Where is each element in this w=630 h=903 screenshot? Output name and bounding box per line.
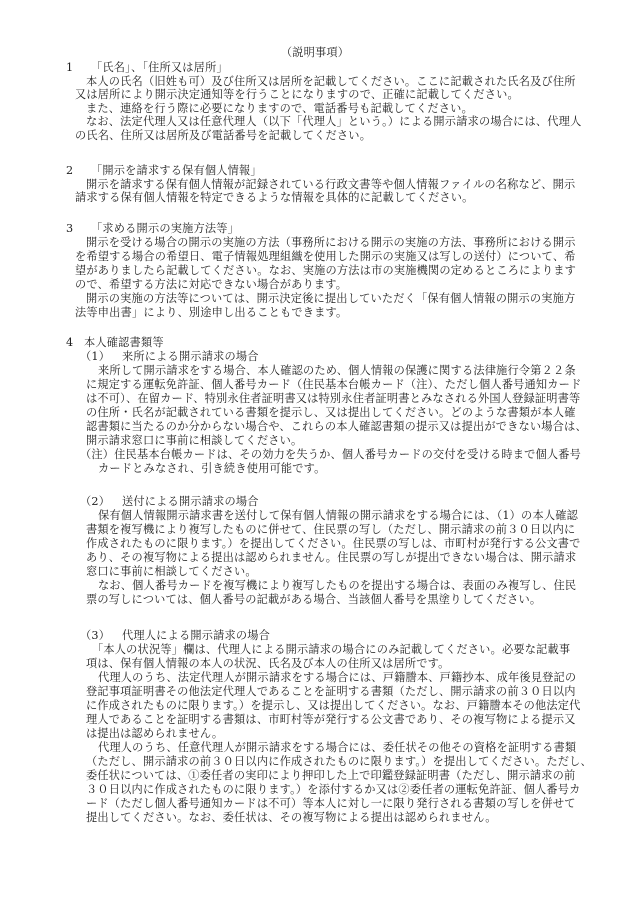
subsection-heading: 代理人による開示請求の場合 (122, 629, 270, 642)
paragraph-line: 理人であることを証明する書類は、市町村等が発行する公文書であり、その複写物による… (86, 713, 576, 726)
paragraph-line: 登記事項証明書その他法定代理人であることを証明する書類（ただし、開示請求の前３０… (86, 685, 576, 698)
section-number: 2 (66, 164, 73, 177)
paragraph-line: 代理人のうち、法定代理人が開示請求をする場合には、戸籍謄本、戸籍抄本、成年後見登… (98, 671, 576, 684)
paragraph-line: は提出は認められません。 (86, 727, 223, 740)
subsection-number: （3） (80, 629, 110, 642)
note-line: （注）住民基本台帳カードは、その効力を失うか、個人番号カードの交付を受ける時まで… (80, 448, 581, 461)
paragraph-line: 開示を請求する保有個人情報が記録されている行政文書等や個人情報ファイルの名称など… (86, 178, 575, 191)
section-heading: 「求める開示の実施方法等」 (91, 222, 239, 235)
paragraph-line: 認書類に当たるのか分からない場合や、これらの本人確認書類の提示又は提出ができない… (86, 420, 587, 433)
paragraph-line: なお、個人番号カードを複写機により複写したものを提出する場合は、表面のみ複写し、… (98, 579, 576, 592)
paragraph-line: 作成されたものに限ります。）を提出してください。住民票の写しは、市町村が発行する… (86, 537, 581, 550)
paragraph-line: 書類を複写機により複写したものに併せて、住民票の写し（ただし、開示請求の前３０日… (86, 523, 575, 536)
note-line: カードとみなされ、引き続き使用可能です。 (98, 462, 326, 475)
paragraph-line: 又は居所により開示決定通知等を行うことになりますので、正確に記載してください。 (75, 88, 519, 101)
paragraph-line: 開示を受ける場合の開示の実施の方法（事務所における開示の実施の方法、事務所におけ… (86, 236, 576, 249)
section-heading: 本人確認書類等 (84, 336, 164, 349)
paragraph-line: ード（ただし個人番号通知カードは不可）等本人に対し一に限り発行される書類の写しを… (86, 797, 576, 810)
paragraph-line: 委任状については、①委任者の実印により押印した上で印鑑登録証明書（ただし、開示請… (86, 769, 575, 782)
paragraph-line: 請求する保有個人情報を特定できるような情報を具体的に記載してください。 (75, 191, 474, 204)
paragraph-line: 窓口に事前に相談してください。 (86, 565, 257, 578)
subsection-number: （2） (80, 495, 110, 508)
paragraph-line: ３０日以内に作成されたものに限ります。）を添付するか又は②委任者の運転免許証、個… (86, 783, 581, 796)
paragraph-line: 開示請求窓口に事前に相談してください。 (86, 434, 302, 447)
paragraph-line: なお、法定代理人又は任意代理人（以下「代理人」という。）による開示請求の場合には… (86, 115, 581, 128)
subsection-heading: 送付による開示請求の場合 (122, 495, 259, 508)
section-heading: 「氏名」、「住所又は居所」 (91, 61, 228, 74)
section-number: 1 (66, 61, 73, 74)
paragraph-line: 望がありましたら記載してください。なお、実施の方法は市の実施機関の定めるところに… (75, 264, 576, 277)
section-heading: 「開示を請求する保有個人情報」 (91, 164, 262, 177)
paragraph-line: 「本人の状況等」欄は、代理人による開示請求の場合にのみ記載してください。必要な記… (92, 643, 570, 656)
paragraph-line: 法等申出書」により、別途申し出ることもできます。 (75, 306, 347, 319)
paragraph-line: は不可）、在留カード、特別永住者証明書又は特別永住者証明書とみなされる外国人登録… (86, 392, 580, 405)
paragraph-line: また、連絡を行う際に必要になりますので、電話番号も記載してください。 (86, 102, 473, 115)
paragraph-line: ので、希望する方法に対応できない場合があります。 (75, 278, 347, 291)
paragraph-line: の住所・氏名が記載されている書類を提示し、又は提出してください。どのような書類が… (86, 406, 576, 419)
subsection-number: （1） (80, 350, 110, 363)
section-number: 3 (66, 222, 73, 235)
document-title: （説明事項） (0, 46, 630, 59)
paragraph-line: を希望する場合の希望日、電子情報処理組織を使用した開示の実施又は写しの送付）につ… (75, 250, 576, 263)
section-number: 4 (66, 336, 73, 349)
paragraph-line: に作成されたものに限ります。）を提示し、又は提出してください。なお、戸籍謄本その… (86, 699, 581, 712)
paragraph-line: の氏名、住所又は居所及び電話番号を記載してください。 (75, 129, 371, 142)
paragraph-line: 項は、保有個人情報の本人の状況、氏名及び本人の住所又は居所です。 (86, 657, 450, 670)
paragraph-line: 本人の氏名（旧姓も可）及び住所又は居所を記載してください。ここに記載された氏名及… (86, 75, 576, 88)
document-page: （説明事項） 1 「氏名」、「住所又は居所」 本人の氏名（旧姓も可）及び住所又は… (0, 0, 630, 903)
subsection-heading: 来所による開示請求の場合 (122, 350, 259, 363)
paragraph-line: 保有個人情報開示請求書を送付して保有個人情報の開示請求をする場合には、（1）の本… (98, 509, 578, 522)
paragraph-line: 開示の実施の方法等については、開示決定後に提出していただく「保有個人情報の開示の… (86, 292, 575, 305)
paragraph-line: あり、その複写物による提出は認められません。住民票の写しが提出できない場合は、開… (86, 551, 576, 564)
paragraph-line: 来所して開示請求をする場合、本人確認のため、個人情報の保護に関する法律施行令第２… (98, 364, 576, 377)
paragraph-line: 代理人のうち、任意代理人が開示請求をする場合には、委任状その他その資格を証明する… (98, 741, 576, 754)
paragraph-line: に規定する運転免許証、個人番号カード（住民基本台帳カード（注）、ただし個人番号通… (86, 378, 581, 391)
paragraph-line: （ただし、開示請求の前３０日以内に作成されたものに限ります。）を提出してください… (86, 755, 592, 768)
paragraph-line: 票の写しについては、個人番号の記載がある場合、当該個人番号を黒塗りしてください。 (86, 593, 541, 606)
paragraph-line: 提出してください。なお、委任状は、その複写物による提出は認められません。 (86, 811, 497, 824)
